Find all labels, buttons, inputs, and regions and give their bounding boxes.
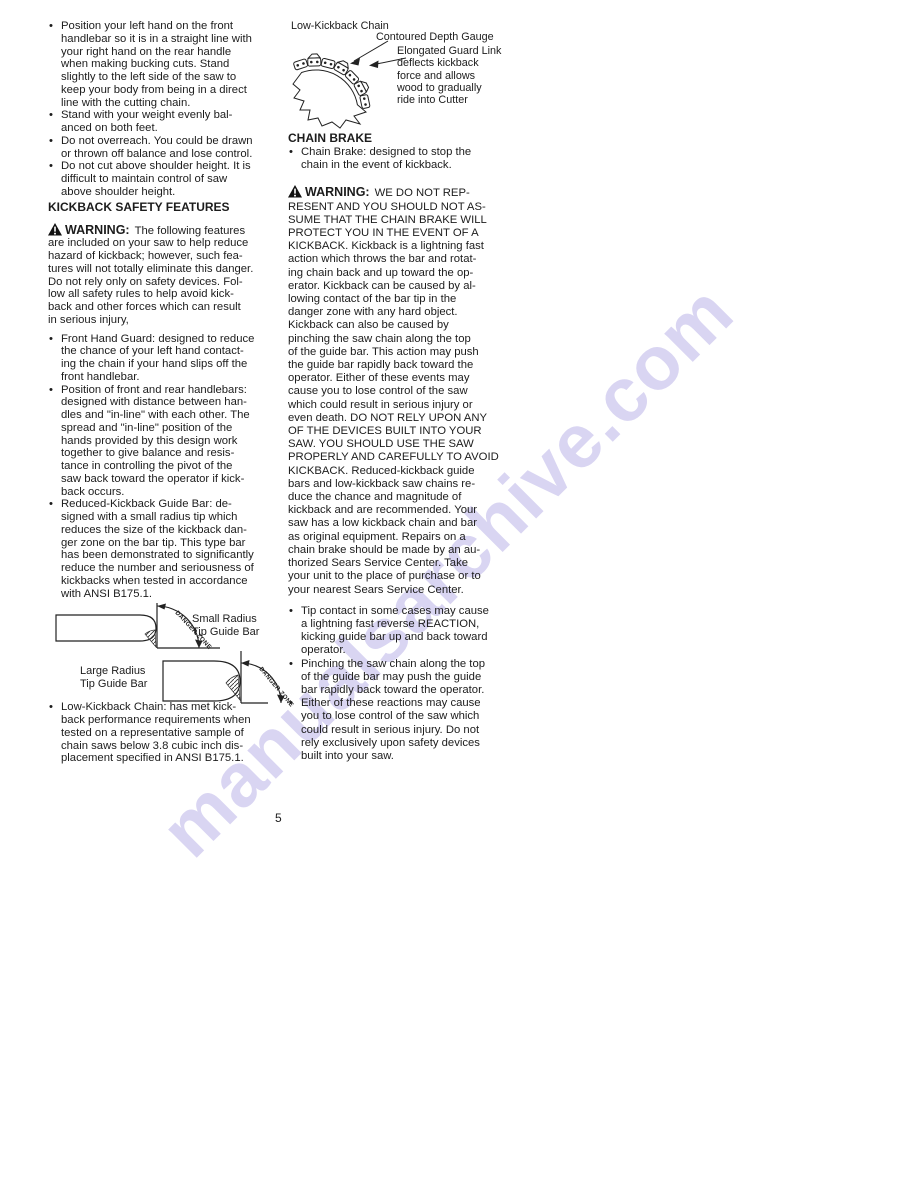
chain-brake-heading: CHAIN BRAKE (288, 131, 524, 145)
list-item: Front Hand Guard: designed to reduce the… (48, 333, 281, 384)
warning-paragraph: WARNING:WE DO NOT REP- RESENT AND YOU SH… (288, 185, 524, 596)
reaction-bullet-list: Tip contact in some cases may cause a li… (288, 605, 524, 763)
page-number: 5 (275, 811, 282, 825)
warning-text: WE DO NOT REP- RESENT AND YOU SHOULD NOT… (288, 187, 499, 595)
guide-bar-diagram: DANGER ZONE DANGER ZONE Small Radius Tip… (48, 603, 281, 701)
left-column: Position your left hand on the front han… (48, 20, 281, 765)
list-item: Chain Brake: designed to stop the chain … (288, 146, 524, 172)
safety-bullet-list: Position your left hand on the front han… (48, 20, 281, 199)
feature-bullet-list: Front Hand Guard: designed to reduce the… (48, 333, 281, 601)
depth-gauge-label: Contoured Depth Gauge (376, 31, 494, 44)
low-kickback-chain-label: Low-Kickback Chain (291, 20, 389, 33)
large-radius-label: Large Radius Tip Guide Bar (80, 665, 147, 690)
chain-brake-list: Chain Brake: designed to stop the chain … (288, 146, 524, 172)
warning-text: The following features are included on y… (48, 225, 253, 326)
list-item: Tip contact in some cases may cause a li… (288, 605, 524, 658)
kickback-safety-heading: KICKBACK SAFETY FEATURES (48, 200, 281, 214)
list-item: Position of front and rear handlebars: d… (48, 384, 281, 499)
list-item: Do not cut above shoulder height. It is … (48, 160, 281, 198)
list-item: Reduced-Kickback Guide Bar: de- signed w… (48, 498, 281, 600)
chain-diagram: Low-Kickback Chain Contoured Depth Gauge… (288, 18, 524, 130)
warning-icon (288, 185, 302, 198)
warning-label: WARNING: (305, 185, 370, 199)
list-item: Pinching the saw chain along the top of … (288, 658, 524, 698)
list-item: Stand with your weight evenly bal- anced… (48, 109, 281, 135)
list-item: Either of these reactions may cause you … (288, 697, 524, 763)
warning-paragraph: WARNING:The following features are inclu… (48, 223, 281, 327)
warning-icon (48, 223, 62, 236)
manual-page: manualsarchive.com Position your left ha… (0, 0, 918, 1188)
list-item: Do not overreach. You could be drawn or … (48, 135, 281, 161)
list-item: Low-Kickback Chain: has met kick- back p… (48, 701, 281, 765)
warning-label: WARNING: (65, 223, 130, 237)
low-kickback-list: Low-Kickback Chain: has met kick- back p… (48, 701, 281, 765)
list-item: Position your left hand on the front han… (48, 20, 281, 109)
guard-link-label: Elongated Guard Link deflects kickback f… (397, 45, 501, 106)
right-column: Low-Kickback Chain Contoured Depth Gauge… (288, 18, 524, 763)
small-radius-label: Small Radius Tip Guide Bar (192, 613, 259, 638)
